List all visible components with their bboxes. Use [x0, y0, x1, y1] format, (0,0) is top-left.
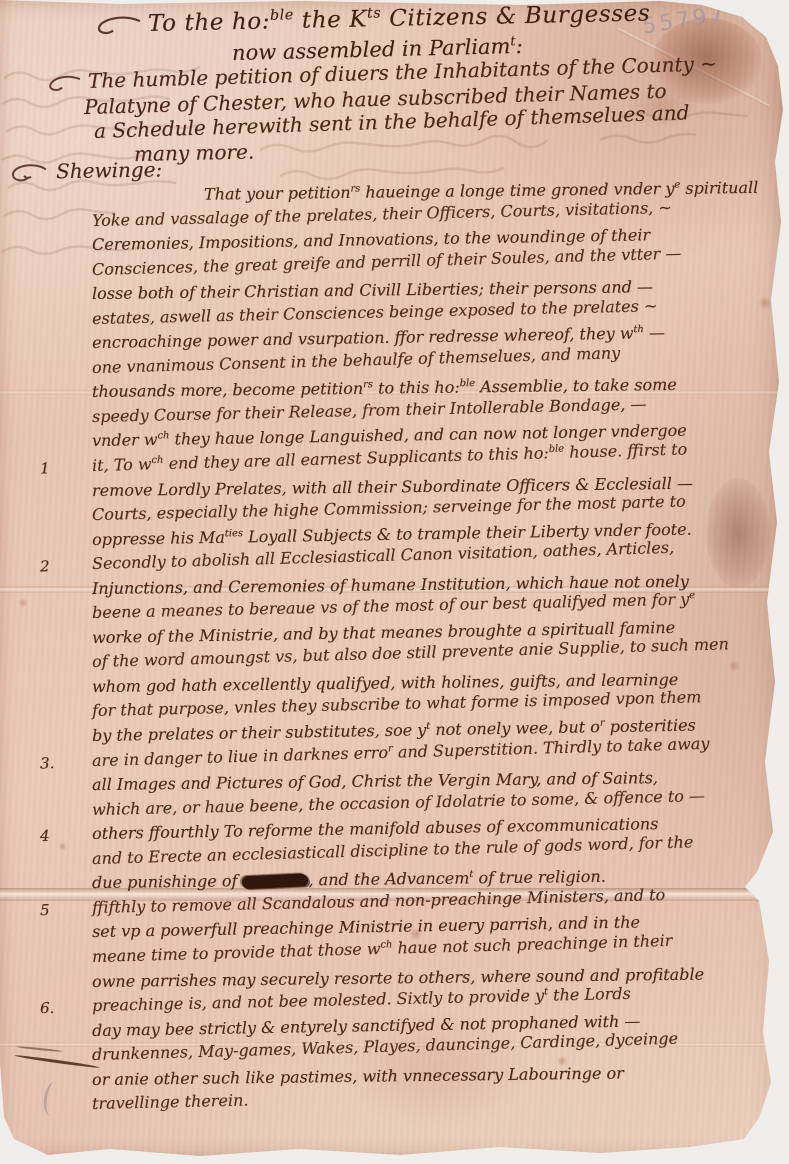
margin-number: 4 — [40, 824, 50, 849]
pen-flourish-icon — [48, 75, 82, 92]
body-lines: That your petitionrs haueinge a longe ti… — [92, 184, 770, 1117]
scanned-manuscript-page: 55797 To the ho:ble the Kts Citizens & B… — [0, 0, 789, 1164]
paper-sheet: 55797 To the ho:ble the Kts Citizens & B… — [0, 0, 789, 1160]
pen-flourish-icon — [10, 163, 50, 184]
margin-number: 2 — [40, 554, 50, 579]
margin-number: 1 — [40, 456, 50, 481]
margin-number: 5 — [40, 898, 50, 923]
salutation: Shewinge: — [10, 157, 163, 184]
ink-blot-deletion — [242, 874, 309, 890]
foxing-spot — [58, 842, 67, 851]
salutation-text: Shewinge: — [56, 157, 163, 183]
margin-number: 6. — [40, 996, 55, 1021]
pen-flourish-icon — [96, 16, 142, 35]
margin-number: 3. — [40, 751, 55, 776]
foxing-spot — [18, 598, 28, 608]
